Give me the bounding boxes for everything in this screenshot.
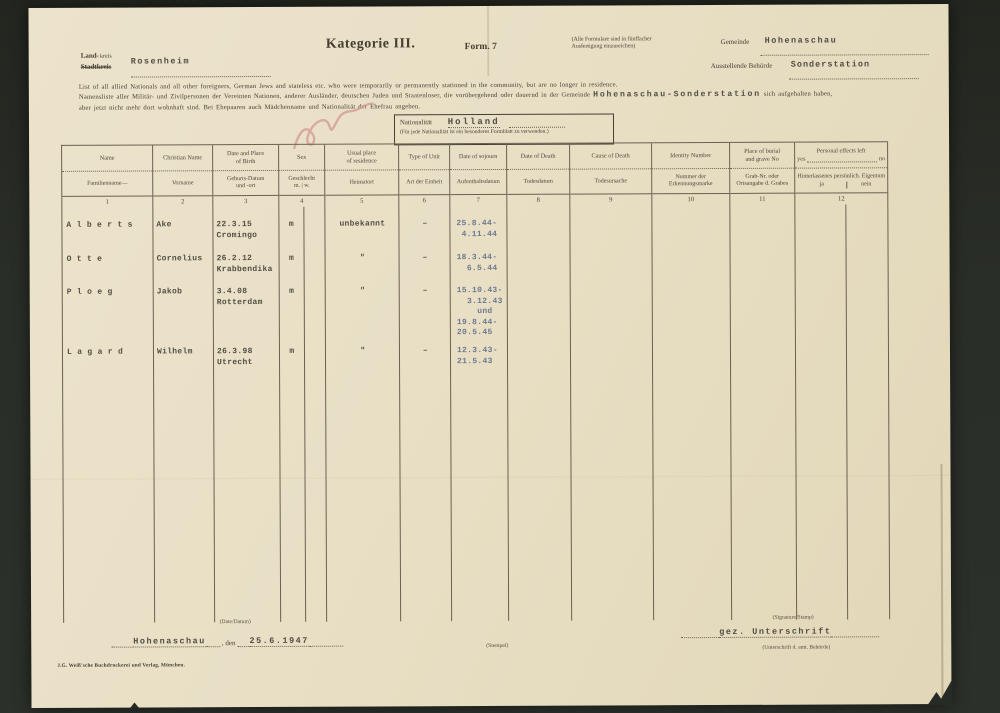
page-title: Kategorie III.: [281, 36, 461, 53]
date-caption: (Date/Datum): [204, 619, 266, 625]
cell-unit: –: [401, 253, 450, 264]
den-label: , den: [222, 639, 236, 647]
table-row: L a g a r d Wilhelm 26.3.98 Utrecht m " …: [63, 344, 889, 388]
cell-unit: –: [401, 346, 450, 357]
signature-line: gez. Unterschrift: [681, 626, 879, 638]
intro-paragraph: List of all allied Nationals and all oth…: [79, 79, 924, 114]
dotted-leader: [681, 628, 719, 638]
cell-unit: –: [400, 219, 449, 230]
signature-sub-caption: (Unterschrift d. amt. Behörde): [731, 644, 861, 651]
cell-name: P l o e g: [67, 287, 153, 298]
dotted-leader: [111, 638, 133, 648]
form-number: Form. 7: [465, 42, 497, 52]
cell-birth: 26.3.98 Utrecht: [217, 347, 281, 368]
behoerde-field: Ausstellende Behörde Sonderstation: [711, 61, 936, 70]
dotted-leader: [789, 69, 919, 80]
cell-birth: 22.3.15 Cromingo: [216, 220, 280, 241]
nationality-box: Nationalität Holland (Für jede Nationali…: [394, 113, 614, 145]
paper-notch: [130, 703, 140, 709]
cell-birth: 3.4.08 Rotterdam: [217, 287, 281, 308]
signature-caption: (Signature/Stamp): [743, 614, 843, 620]
table-body: A l b e r t s Ake 22.3.15 Cromingo m unb…: [62, 204, 890, 623]
table-header: NameFamilienname—1 Christian NameVorname…: [62, 142, 888, 208]
col-effects: Personal effects left yesno Hinterlassen…: [795, 142, 888, 204]
col-sojourn: Date of sojournAufenthaltsdatum7: [450, 144, 507, 206]
cell-name: L a g a r d: [67, 347, 153, 358]
cell-vorname: Cornelius: [157, 254, 215, 265]
signature-value: gez. Unterschrift: [719, 627, 831, 638]
gemeinde-value: Hohenaschau: [765, 35, 838, 45]
cell-name: A l b e r t s: [66, 220, 152, 231]
col-burial: Place of burial and grave NoGrab-Nr. ode…: [730, 143, 795, 205]
col-death-date: Date of DeathTodesdatum8: [507, 144, 570, 206]
col-sex: SexGeschlechtm. | w.4: [279, 145, 325, 207]
cell-vorname: Wilhelm: [157, 347, 215, 358]
district-field: Land-kreis Stadtkreis Rosenheim: [81, 51, 301, 71]
intro-typed-community: Hohenaschau-Sonderstation: [593, 90, 761, 100]
dotted-leader: [206, 637, 220, 647]
paper-tear-line: [940, 464, 943, 704]
cell-sex: m: [280, 347, 304, 358]
cell-sex: m: [280, 254, 304, 265]
cell-sojourn: 18.3.44- 6.5.44: [453, 253, 521, 274]
col-identity-number: Identity NumberNummer der Erkennungsmark…: [652, 143, 730, 205]
intro-german-before: Namensliste aller Militär- und Zivilpers…: [79, 92, 590, 101]
district-value: Rosenheim: [131, 57, 190, 65]
cell-sojourn: 25.8.44- 4.11.44: [452, 219, 520, 240]
cell-birth: 26.2.12 Krabbendika: [217, 254, 281, 275]
cell-sex: m: [279, 220, 303, 231]
col-residence: Usual place of residenceHeimatort5: [325, 144, 399, 206]
nationality-value: Holland: [448, 117, 500, 128]
behoerde-label: Ausstellende Behörde: [711, 62, 773, 70]
behoerde-value: Sonderstation: [791, 59, 870, 69]
cell-residence: ": [327, 286, 399, 297]
cell-residence: ": [327, 346, 399, 357]
nationality-label: Nationalität: [400, 119, 432, 126]
cell-residence: ": [327, 253, 399, 264]
cell-sojourn: 15.10.43- 3.12.43 und 19.8.44- 20.5.45: [453, 286, 521, 339]
dotted-leader: [807, 157, 877, 163]
col-name: NameFamilienname—1: [62, 145, 153, 207]
col-christian-name: Christian NameVorname2: [153, 145, 213, 207]
cell-name: O t t e: [67, 254, 153, 265]
cell-sex: m: [280, 287, 304, 298]
cell-vorname: Ake: [156, 220, 214, 231]
kreis-suffix-label: kreis: [100, 54, 112, 60]
landkreis-label: Land-: [81, 52, 99, 60]
paper-crease: [486, 6, 489, 76]
pink-handwriting-annotation: [281, 102, 396, 149]
form-page: Land-kreis Stadtkreis Rosenheim Kategori…: [28, 4, 951, 708]
col-unit: Type of UnitArt der Einheit6: [399, 144, 450, 206]
nationality-note: (Für jede Nationalität ist ein besondere…: [400, 128, 608, 135]
cell-sojourn: 12.3.43- 21.5.43: [453, 346, 521, 367]
roster-table: NameFamilienname—1 Christian NameVorname…: [61, 141, 890, 623]
place-value: Hohenaschau: [133, 636, 206, 647]
table-row: P l o e g Jakob 3.4.08 Rotterdam m " – 1…: [63, 284, 889, 328]
dotted-leader: [131, 67, 271, 78]
dotted-leader: [761, 45, 929, 56]
scanner-background: Land-kreis Stadtkreis Rosenheim Kategori…: [0, 0, 1000, 713]
stamp-caption: (Stempel): [486, 643, 508, 649]
date-value: 25.6.1947: [249, 636, 308, 647]
printer-imprint: J.G. Weiß'sche Buchdruckerei und Verlag,…: [57, 662, 185, 669]
dotted-leader: [509, 118, 565, 128]
form-copies-note: (Alle Formulare sind in fünffacher Ausfe…: [572, 36, 702, 51]
gemeinde-label: Gemeinde: [721, 38, 750, 46]
dotted-leader: [309, 637, 343, 647]
nationality-row: Nationalität Holland: [400, 116, 608, 128]
place-date-line: Hohenaschau , den 25.6.1947: [111, 636, 343, 648]
dotted-leader: [831, 627, 879, 637]
cell-residence: unbekannt: [326, 219, 398, 230]
cell-vorname: Jakob: [157, 287, 215, 298]
dotted-leader: [237, 637, 249, 647]
gemeinde-field: Gemeinde Hohenaschau: [721, 37, 936, 46]
intro-german-after: sich aufgehalten haben,: [764, 91, 833, 98]
col-birth: Date and Place of BirthGeburts-Datum und…: [213, 145, 279, 207]
cell-unit: –: [401, 286, 450, 297]
col-death-cause: Cause of DeathTodesursache9: [570, 143, 652, 205]
